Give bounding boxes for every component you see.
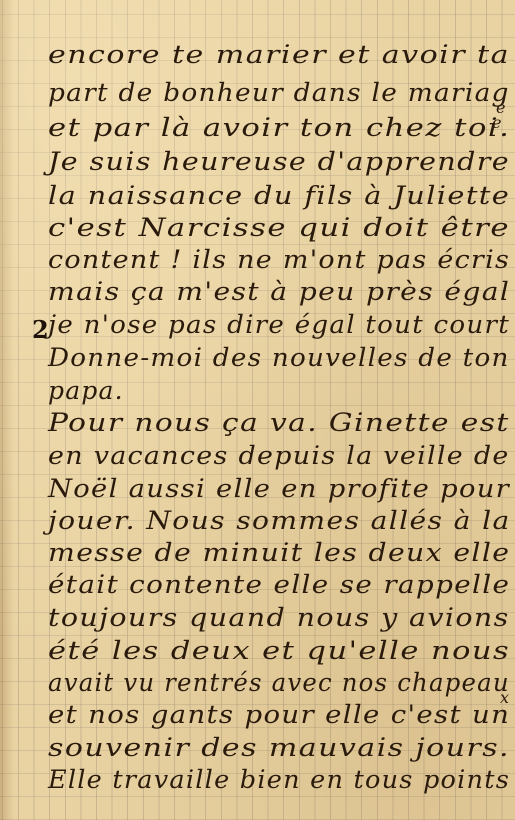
text-line-14: Noël aussi elle en profite pour bbox=[48, 474, 510, 503]
text-line-2: part de bonheur dans le mariag bbox=[48, 78, 510, 107]
text-line-16: messe de minuit les deux elle bbox=[48, 538, 510, 567]
text-line-20: avait vu rentrés avec nos chapeau bbox=[48, 668, 510, 697]
text-line-1: encore te marier et avoir ta bbox=[48, 40, 510, 69]
text-line-10: Donne-moi des nouvelles de ton bbox=[48, 343, 510, 372]
text-line-7: content ! ils ne m'ont pas écris bbox=[48, 245, 510, 274]
text-line-18: toujours quand nous y avions bbox=[48, 603, 510, 632]
page-number-mark: 2 bbox=[32, 315, 49, 344]
text-line-15: jouer. Nous sommes allés à la bbox=[48, 506, 511, 535]
letter-page: encore te marier et avoir ta part de bon… bbox=[0, 0, 515, 820]
text-line-22: souvenir des mauvais jours. bbox=[48, 733, 510, 762]
text-line-17: était contente elle se rappelle bbox=[48, 570, 510, 599]
margin-note-line20: x bbox=[500, 688, 509, 707]
margin-note-line3: e bbox=[492, 113, 501, 132]
text-line-4: Je suis heureuse d'apprendre bbox=[48, 147, 510, 176]
text-line-6: c'est Narcisse qui doit être bbox=[48, 213, 510, 242]
text-line-21: et nos gants pour elle c'est un bbox=[48, 700, 510, 729]
text-line-8: mais ça m'est à peu près égal bbox=[48, 277, 510, 306]
text-line-11: papa. bbox=[48, 376, 124, 405]
text-line-19: été les deux et qu'elle nous bbox=[48, 636, 510, 665]
text-line-3: et par là avoir ton chez toi. bbox=[48, 113, 510, 142]
text-line-12: Pour nous ça va. Ginette est bbox=[48, 408, 510, 437]
text-line-13: en vacances depuis la veille de bbox=[48, 441, 510, 470]
text-line-5: la naissance du fils à Juliette bbox=[48, 181, 510, 210]
text-line-9: je n'ose pas dire égal tout court bbox=[48, 310, 510, 339]
text-line-23: Elle travaille bien en tous points bbox=[48, 765, 510, 794]
